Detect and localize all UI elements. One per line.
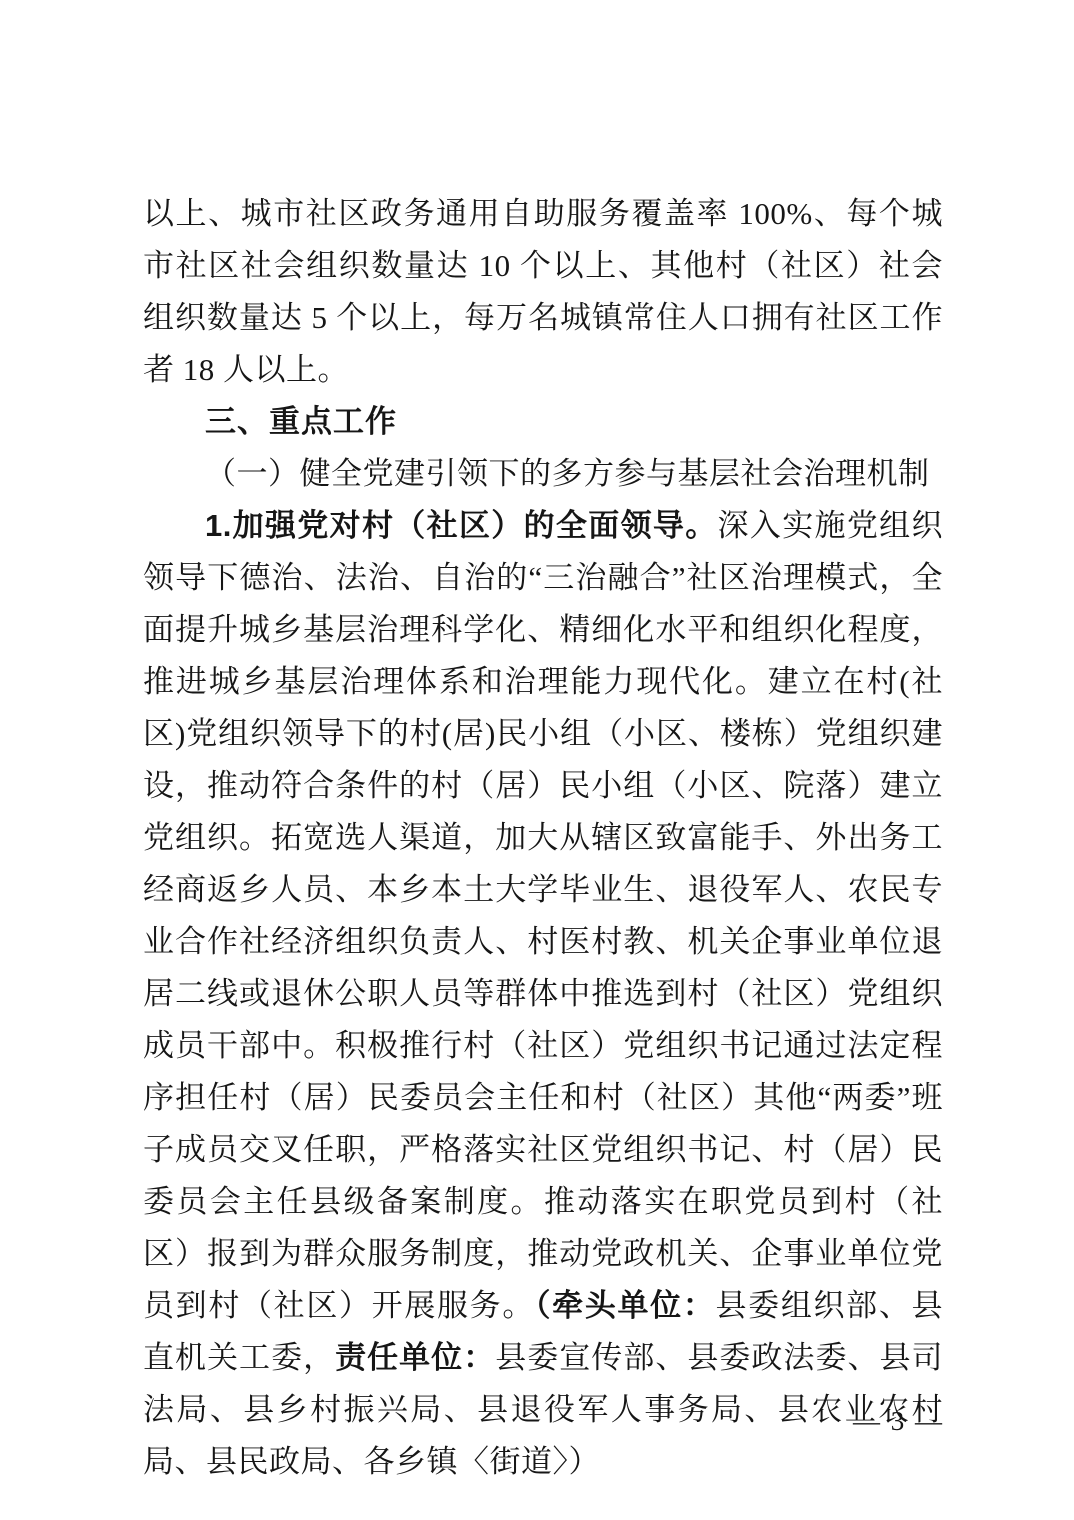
page-number: — 3 — [853,1405,944,1437]
section-heading: 三、重点工作 [143,396,943,448]
lead-unit-label: （牵头单位： [535,1288,716,1323]
document-page: 以上、城市社区政务通用自助服务覆盖率 100%、每个城市社区社会组织数量达 10… [0,0,1074,1520]
item-lead-sentence: 1.加强党对村（社区）的全面领导。 [205,508,718,543]
responsible-unit-label: 责任单位： [335,1340,495,1375]
paragraph-item-1: 1.加强党对村（社区）的全面领导。深入实施党组织领导下德治、法治、自治的“三治融… [143,500,943,1488]
paragraph-continuation: 以上、城市社区政务通用自助服务覆盖率 100%、每个城市社区社会组织数量达 10… [143,188,943,396]
document-body: 以上、城市社区政务通用自助服务覆盖率 100%、每个城市社区社会组织数量达 10… [143,188,943,1488]
item-body-text: 深入实施党组织领导下德治、法治、自治的“三治融合”社区治理模式，全面提升城乡基层… [143,508,943,1323]
subsection-heading: （一）健全党建引领下的多方参与基层社会治理机制 [143,448,943,500]
